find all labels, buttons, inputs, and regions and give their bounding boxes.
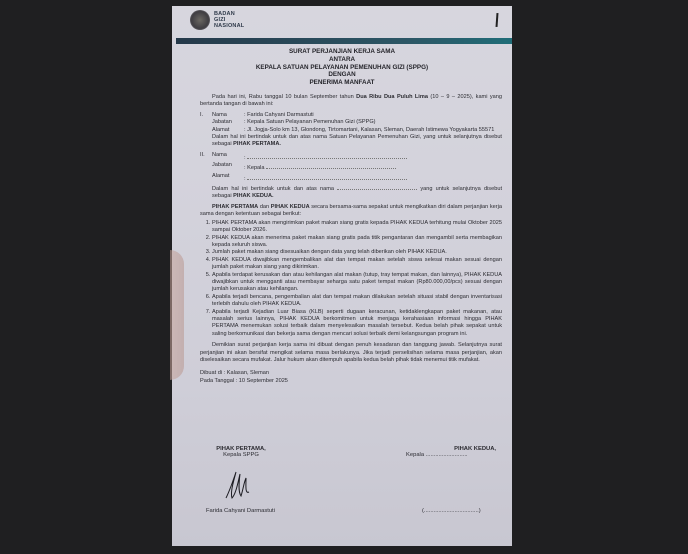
handwritten-signature xyxy=(222,468,252,502)
document-page: BADAN GIZI NASIONAL SURAT PERJANJIAN KER… xyxy=(172,6,512,546)
header-band xyxy=(176,38,512,44)
position-blank xyxy=(266,162,396,169)
party-two: II.Nama: Jabatan: Kepala Alamat: xyxy=(200,152,502,183)
second-party-signature: PIHAK KEDUA, Kepala ....................… xyxy=(406,446,496,458)
term-item: Jumlah paket makan siang disesuaikan den… xyxy=(212,249,502,256)
party-two-statement: Dalam hal ini bertindak untuk dan atas n… xyxy=(212,183,502,201)
intro-paragraph: Pada hari ini, Rabu tanggal 10 bulan Sep… xyxy=(200,94,502,109)
term-item: PIHAK PERTAMA akan mengirimkan paket mak… xyxy=(212,220,502,235)
place-and-date: Dibuat di : Kalasan, Sleman Pada Tanggal… xyxy=(200,370,502,385)
signature-block: PIHAK PERTAMA, Kepala SPPG Farida Cahyan… xyxy=(172,446,512,546)
second-party-name: (..................................) xyxy=(422,508,481,514)
closing-paragraph: Demikian surat perjanjian kerja sama ini… xyxy=(200,342,502,364)
party-one: I.Nama: Farida Cahyani Darmastuti Jabata… xyxy=(200,112,502,134)
name-blank xyxy=(247,152,407,159)
document-title: SURAT PERJANJIAN KERJA SAMA ANTARA KEPAL… xyxy=(172,48,512,87)
term-item: Apabila terjadi Kejadian Luar Biasa (KLB… xyxy=(212,309,502,339)
party-one-statement: Dalam hal ini bertindak untuk dan atas n… xyxy=(212,134,502,149)
term-item: PIHAK KEDUA diwajibkan mengembalikan ala… xyxy=(212,257,502,272)
agreement-lead: PIHAK PERTAMA dan PIHAK KEDUA secara ber… xyxy=(200,204,502,219)
first-party-signature: PIHAK PERTAMA, Kepala SPPG xyxy=(206,446,276,458)
organization-blank xyxy=(337,183,417,190)
first-party-name: Farida Cahyani Darmastuti xyxy=(206,508,275,514)
thumb xyxy=(170,250,184,380)
letterhead: BADAN GIZI NASIONAL xyxy=(172,6,512,38)
term-item: Apabila terdapat kerusakan dan atau kehi… xyxy=(212,272,502,294)
terms-list: PIHAK PERTAMA akan mengirimkan paket mak… xyxy=(200,220,502,339)
document-body: Pada hari ini, Rabu tanggal 10 bulan Sep… xyxy=(200,94,502,385)
address-blank xyxy=(247,173,407,180)
term-item: Apabila terjadi bencana, pengembalian al… xyxy=(212,294,502,309)
term-item: PIHAK KEDUA akan menerima paket makan si… xyxy=(212,235,502,250)
org-name: BADAN GIZI NASIONAL xyxy=(214,11,244,29)
emblem-icon xyxy=(190,10,210,30)
pen-mark xyxy=(496,13,499,27)
